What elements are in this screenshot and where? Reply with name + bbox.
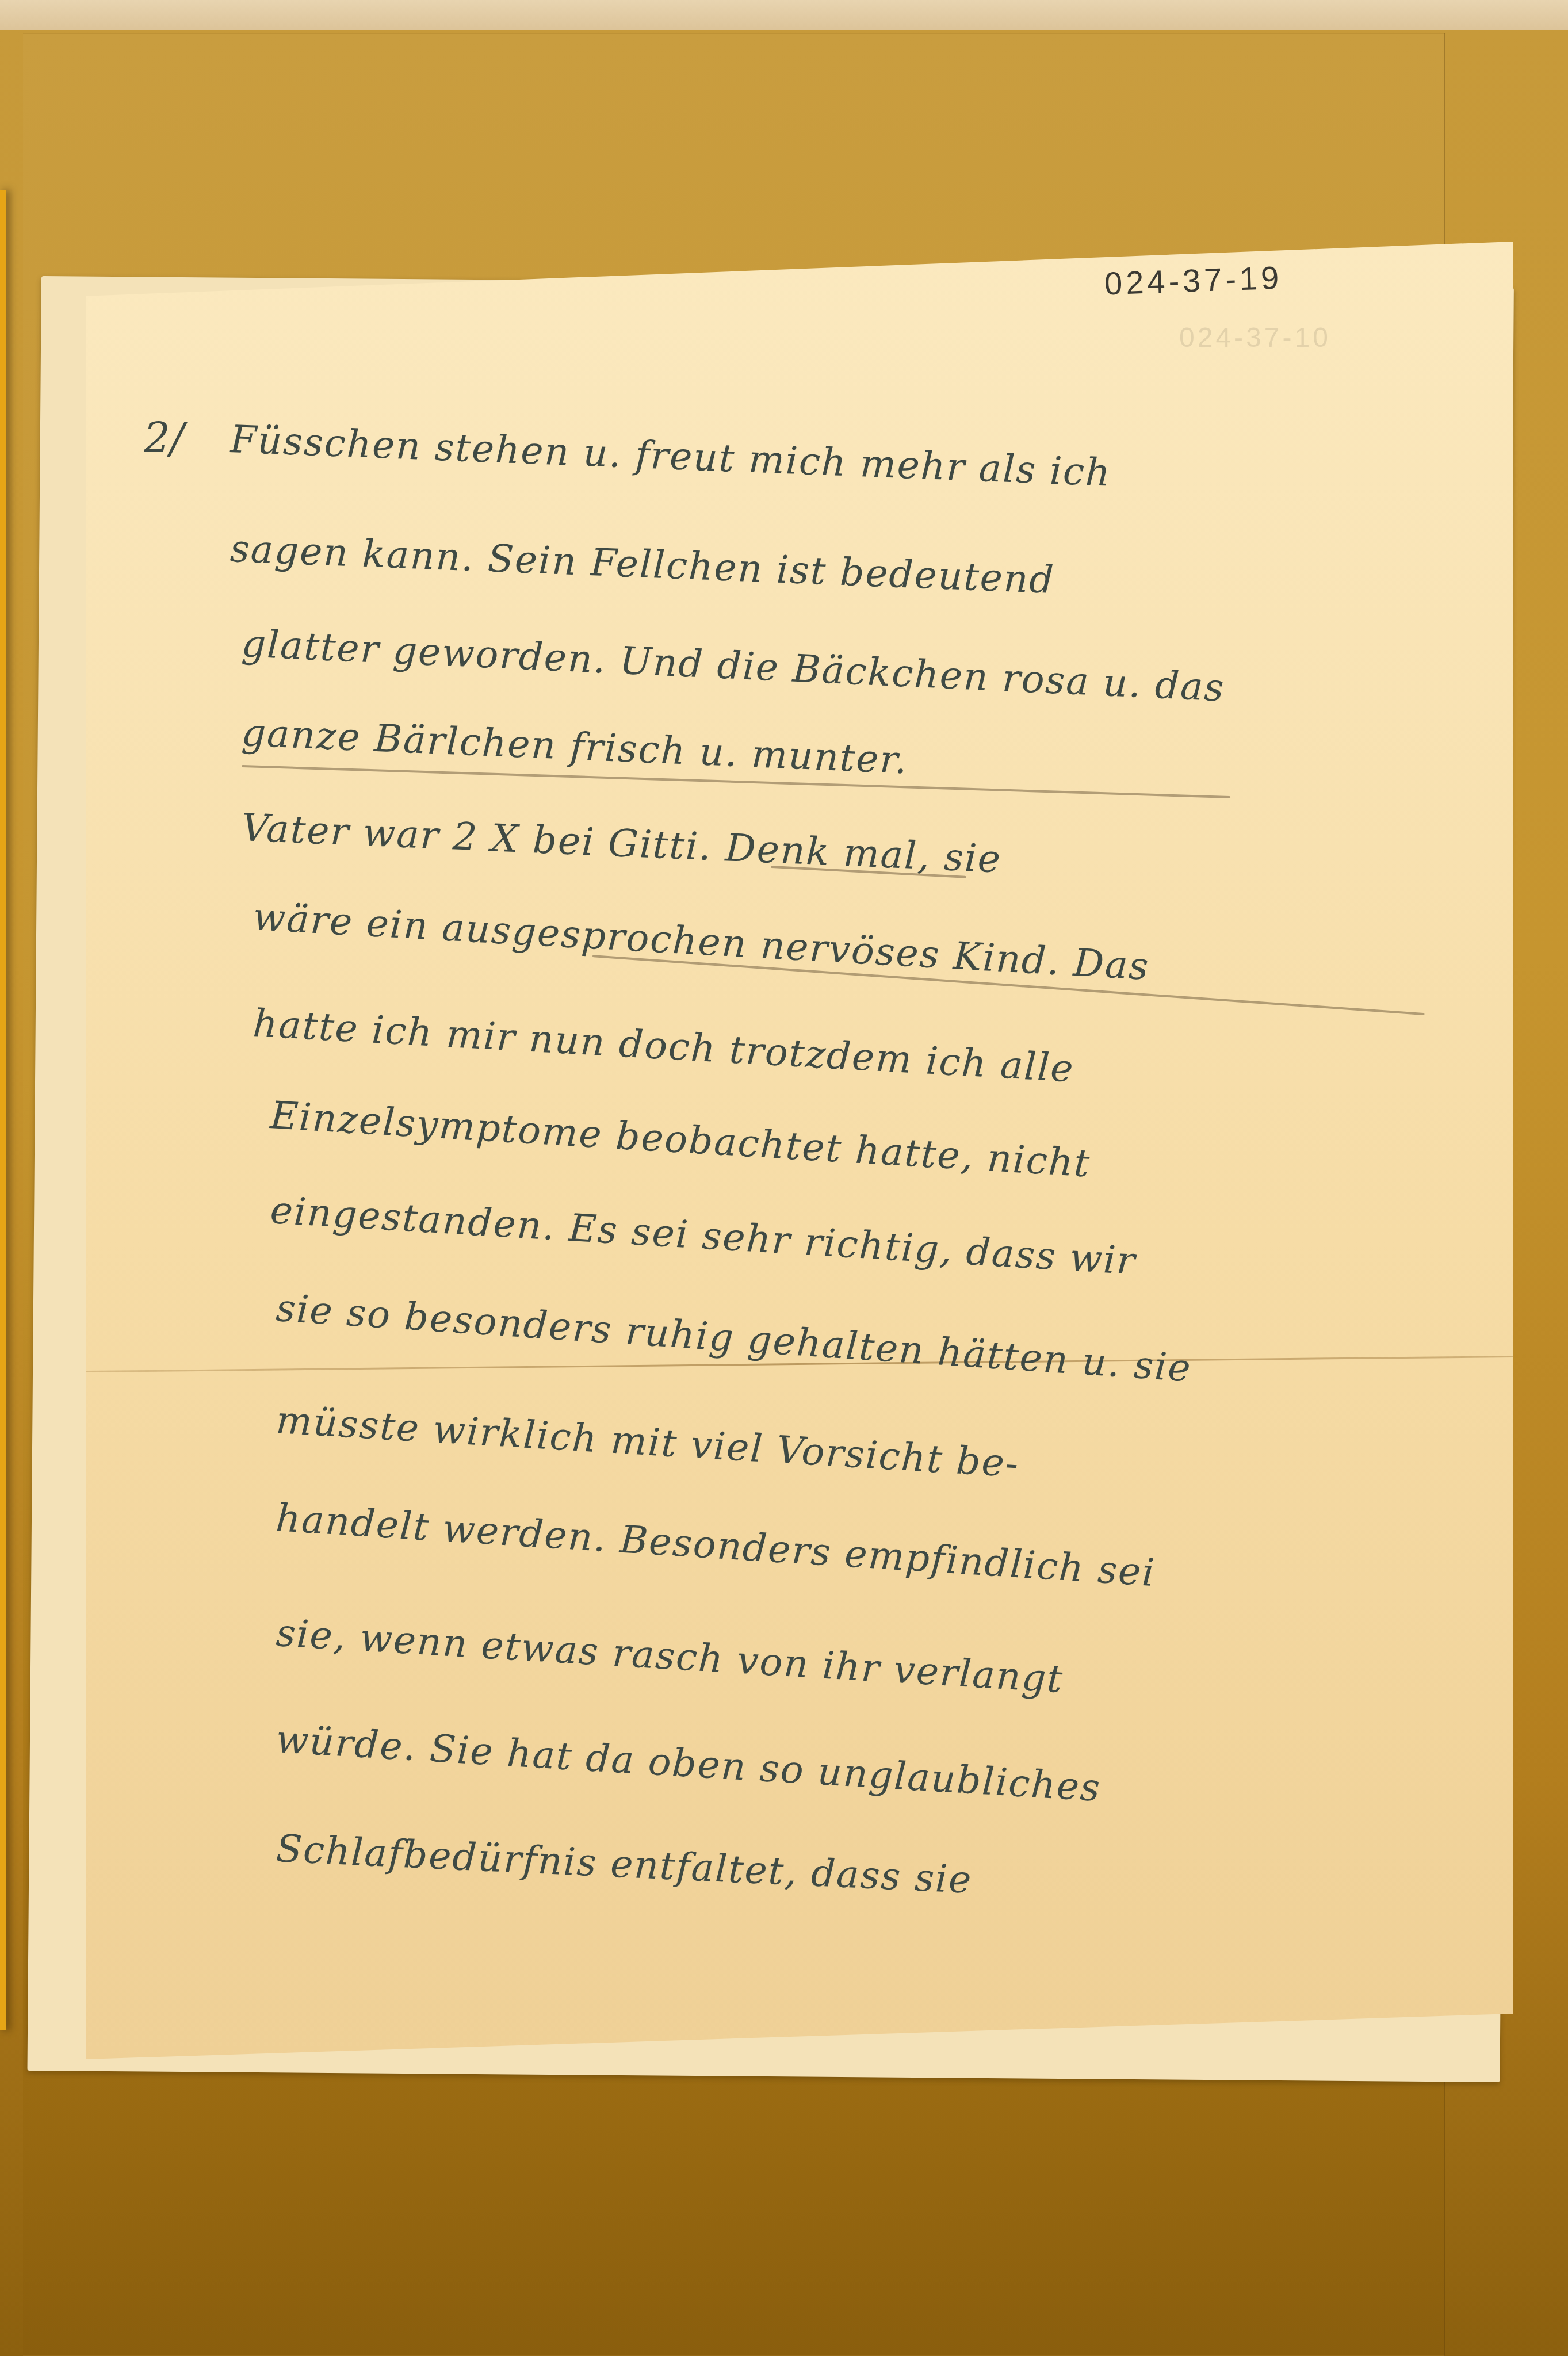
letter-line: würde. Sie hat da oben so unglaubliches [275, 1717, 1102, 1810]
letter-line: Vater war 2 X bei Gitti. Denk mal, sie [240, 805, 1002, 881]
letter-line: wäre ein ausgesprochen nervöses Kind. Da… [252, 894, 1151, 989]
letter-line: Schlafbedürfnis entfaltet, dass sie [275, 1826, 973, 1902]
letter-line: sagen kann. Sein Fellchen ist bedeutend [230, 526, 1056, 602]
letter-line: sie, wenn etwas rasch von ihr verlangt [275, 1611, 1065, 1701]
letter-line: hatte ich mir nun doch trotzdem ich alle [252, 1001, 1076, 1091]
letter-line: glatter geworden. Und die Bäckchen rosa … [240, 621, 1226, 710]
archive-number: 024-37-19 [1104, 259, 1283, 303]
letter-line: sie so besonders ruhig gehalten hätten u… [274, 1286, 1193, 1391]
letter-line: ganze Bärlchen frisch u. munter. [240, 710, 909, 782]
letter-line: Füsschen stehen u. freut mich mehr als i… [230, 417, 1112, 495]
archive-number-bleedthrough: 024-37-10 [1179, 322, 1331, 354]
letter-line: Einzelsymptome beobachtet hatte, nicht [269, 1093, 1092, 1186]
letter-line: handelt werden. Besonders empfindlich se… [275, 1496, 1157, 1595]
letter-line: müsste wirklich mit viel Vorsicht be- [275, 1398, 1021, 1486]
page-marker: 2/ [144, 414, 184, 462]
letter-content: 024-37-19 024-37-10 2/ Füsschen stehen u… [0, 0, 1568, 2356]
letter-line: eingestanden. Es sei sehr richtig, dass … [269, 1188, 1137, 1283]
